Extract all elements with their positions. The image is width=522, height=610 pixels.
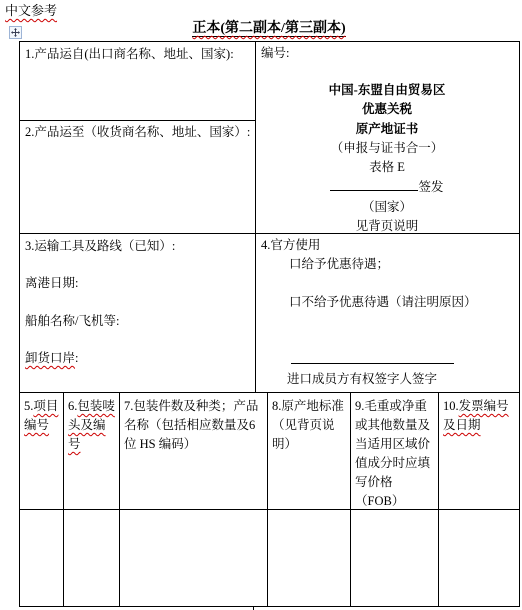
issuing-country-blank <box>330 177 418 191</box>
row-divider-1-2 <box>19 120 256 121</box>
cell-3-discharge-port-label: 卸货口岸: <box>25 349 251 367</box>
cell-3-departure-date-label: 离港日期: <box>25 274 251 292</box>
cell-1-exporter-label: 1.产品运自(出口商名称、地址、国家): <box>25 45 251 63</box>
certificate-issued-line: 签发 <box>256 177 518 197</box>
certificate-heading-block: 中国-东盟自由贸易区 优惠关税 原产地证书 （申报与证书合一） 表格 E 签发 … <box>256 81 518 236</box>
data-row-cell-8 <box>268 510 349 605</box>
certificate-country-label: （国家） <box>256 198 518 217</box>
cell-3-discharge-port-text: 卸货口岸 <box>25 351 75 365</box>
reference-label: 中文参考 <box>5 2 57 20</box>
cell-4-official-use-label: 4.官方使用 <box>261 236 511 254</box>
document-page: 中文参考 正本(第二副本/第三副本) 1.产品运自(出口商名称、地址、国家): … <box>0 0 522 610</box>
certificate-see-notes: 见背页说明 <box>256 217 518 236</box>
col-6-number: 6. <box>68 399 77 413</box>
cell-4-preference-given-option: 口给予优惠待遇； <box>289 255 511 273</box>
certificate-title-line3: 原产地证书 <box>256 120 518 139</box>
col-header-9-gross-weight-fob: 9.毛重或净重或其他数量及当适用区域价值成分时应填写价格（FOB） <box>355 397 434 511</box>
col-header-7-packages-description: 7.包装件数及种类；产品名称（包括相应数量及6位 HS 编码） <box>124 397 263 454</box>
row-divider-3-4 <box>19 392 520 393</box>
certificate-form-label: 表格 E <box>256 158 518 177</box>
col-header-5-item-number: 5.项目编号 <box>24 397 60 435</box>
col-header-6-marks-numbers: 6.包装唛头及编号 <box>68 397 116 454</box>
table-border-top <box>19 41 520 42</box>
certificate-subtitle: （申报与证书合一） <box>256 139 518 158</box>
col-header-8-origin-criterion: 8.原产地标准（见背页说明） <box>272 397 346 454</box>
col-header-10-invoice: 10.发票编号及日期 <box>443 397 515 435</box>
data-row-cell-5 <box>20 510 62 605</box>
data-row-cell-7 <box>120 510 266 605</box>
data-row-cell-9 <box>351 510 437 605</box>
certificate-issued-label: 签发 <box>418 180 443 194</box>
cell-4-signature-caption: 进口成员方有权签字人签字 <box>287 370 513 388</box>
cell-2-consignee-label: 2.产品运至（收货商名称、地址、国家）: <box>25 123 251 141</box>
cell-3-transport-title: 3.运输工具及路线（已知）: <box>25 237 251 255</box>
cell-4-preference-not-given-option: 口不给予优惠待遇（请注明原因） <box>289 293 511 311</box>
data-row-cell-10 <box>439 510 518 605</box>
next-row-partial-divider <box>253 606 254 610</box>
document-title-text: 正本(第二副本/第三副本) <box>192 21 345 37</box>
cell-3-discharge-port-colon: : <box>75 351 78 365</box>
row-divider-bottom <box>19 606 520 607</box>
certificate-serial-label: 编号: <box>261 44 511 62</box>
col-10-number: 10. <box>443 399 459 413</box>
reference-label-text: 中文参考 <box>5 3 57 18</box>
certificate-title-line1: 中国-东盟自由贸易区 <box>256 81 518 100</box>
data-row-cell-6 <box>64 510 118 605</box>
cell-4-signature-line <box>291 363 454 364</box>
cell-3-vessel-label: 船舶名称/飞机等: <box>25 312 251 330</box>
col-5-number: 5. <box>24 399 33 413</box>
document-title: 正本(第二副本/第三副本) <box>19 20 519 38</box>
table-border-right <box>519 41 520 607</box>
certificate-title-line2: 优惠关税 <box>256 100 518 119</box>
